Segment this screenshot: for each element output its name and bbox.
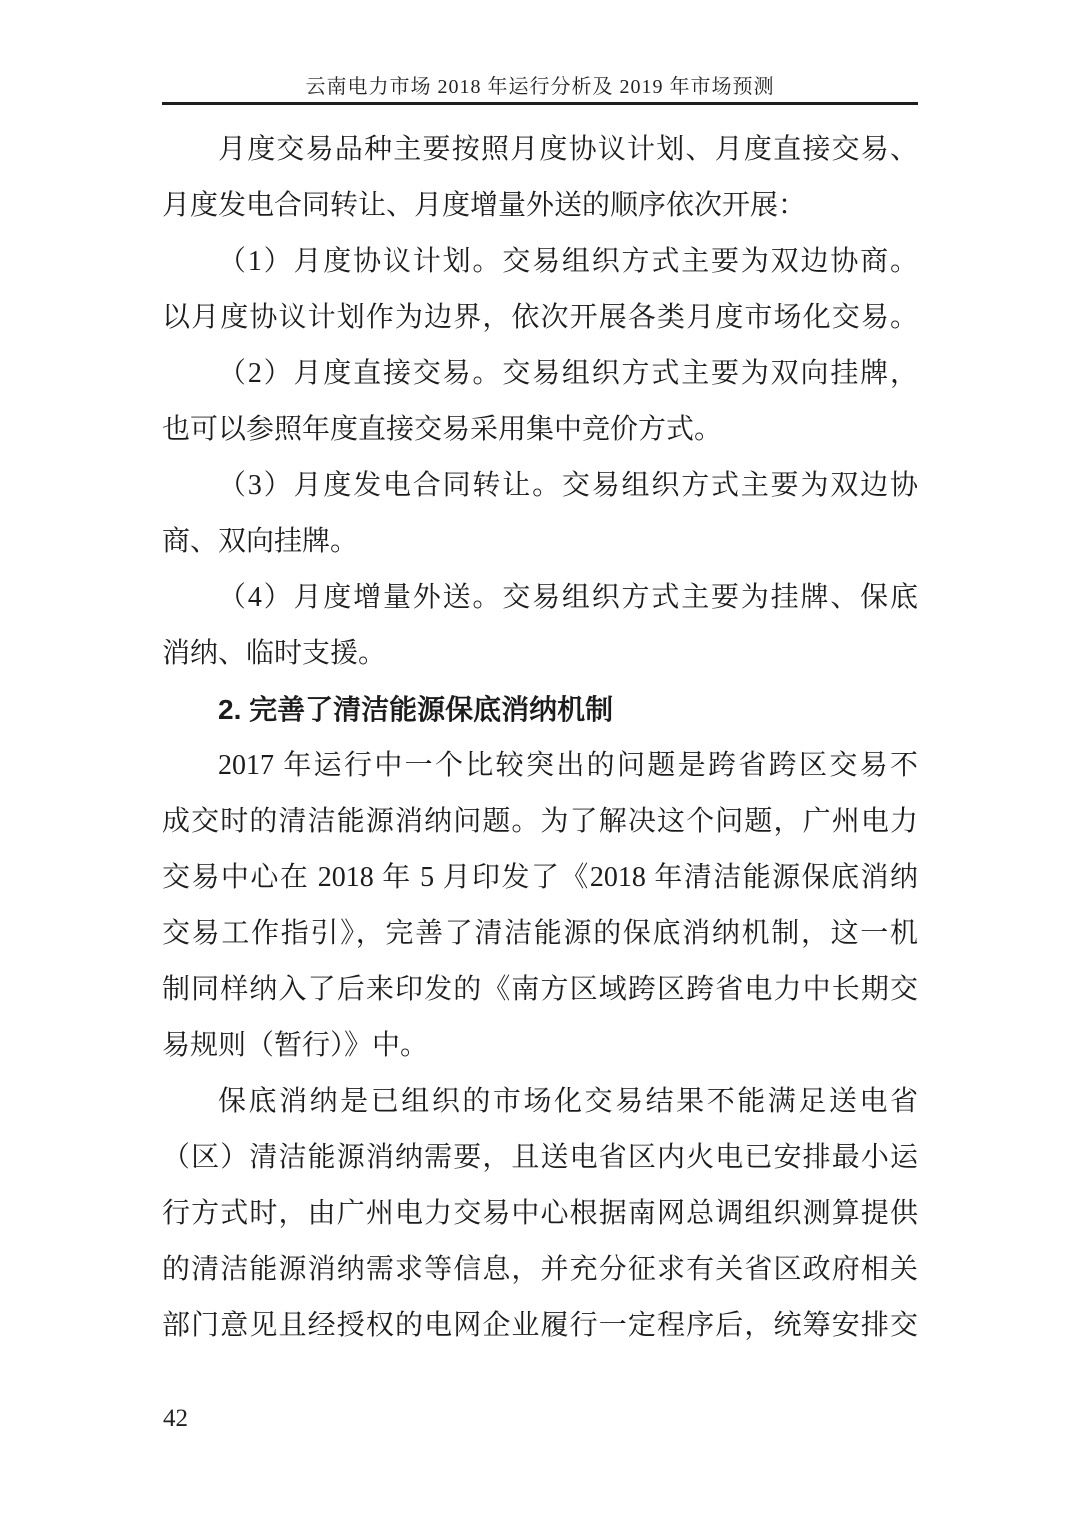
text-line: 易规则（暂行）》中。 <box>162 1018 918 1074</box>
text-line: 交易中心在 2018 年 5 月印发了《2018 年清洁能源保底消纳 <box>162 850 918 906</box>
paragraph: 月度交易品种主要按照月度协议计划、月度直接交易、 月度发电合同转让、月度增量外送… <box>162 122 918 234</box>
text-line: 制同样纳入了后来印发的《南方区域跨区跨省电力中长期交 <box>162 962 918 1018</box>
text-line: 商、双向挂牌。 <box>162 514 918 570</box>
text-line: 部门意见且经授权的电网企业履行一定程序后，统筹安排交 <box>162 1298 918 1354</box>
text-line: 的清洁能源消纳需求等信息，并充分征求有关省区政府相关 <box>162 1242 918 1298</box>
paragraph: （4）月度增量外送。交易组织方式主要为挂牌、保底 消纳、临时支援。 <box>162 570 918 682</box>
text-line: 也可以参照年度直接交易采用集中竞价方式。 <box>162 402 918 458</box>
text-line: 月度发电合同转让、月度增量外送的顺序依次开展： <box>162 178 918 234</box>
paragraph: （1）月度协议计划。交易组织方式主要为双边协商。 以月度协议计划作为边界，依次开… <box>162 234 918 346</box>
paragraph: 2. 完善了清洁能源保底消纳机制 <box>162 682 918 738</box>
document-body: 月度交易品种主要按照月度协议计划、月度直接交易、 月度发电合同转让、月度增量外送… <box>162 122 918 1354</box>
text-line: 以月度协议计划作为边界，依次开展各类月度市场化交易。 <box>162 290 918 346</box>
text-line: 2017 年运行中一个比较突出的问题是跨省跨区交易不 <box>162 738 918 794</box>
paragraph: （3）月度发电合同转让。交易组织方式主要为双边协 商、双向挂牌。 <box>162 458 918 570</box>
section-heading: 2. 完善了清洁能源保底消纳机制 <box>162 682 918 738</box>
text-line: 成交时的清洁能源消纳问题。为了解决这个问题，广州电力 <box>162 794 918 850</box>
header-rule <box>162 102 918 105</box>
text-line: （3）月度发电合同转让。交易组织方式主要为双边协 <box>162 458 918 514</box>
text-line: （1）月度协议计划。交易组织方式主要为双边协商。 <box>162 234 918 290</box>
running-header-title: 云南电力市场 2018 年运行分析及 2019 年市场预测 <box>0 75 1080 100</box>
document-page: 云南电力市场 2018 年运行分析及 2019 年市场预测 月度交易品种主要按照… <box>0 0 1080 1527</box>
text-line: （区）清洁能源消纳需要，且送电省区内火电已安排最小运 <box>162 1130 918 1186</box>
text-line: 月度交易品种主要按照月度协议计划、月度直接交易、 <box>162 122 918 178</box>
paragraph: （2）月度直接交易。交易组织方式主要为双向挂牌， 也可以参照年度直接交易采用集中… <box>162 346 918 458</box>
text-line: 消纳、临时支援。 <box>162 626 918 682</box>
text-line: （2）月度直接交易。交易组织方式主要为双向挂牌， <box>162 346 918 402</box>
text-line: 交易工作指引》，完善了清洁能源的保底消纳机制，这一机 <box>162 906 918 962</box>
paragraph: 2017 年运行中一个比较突出的问题是跨省跨区交易不 成交时的清洁能源消纳问题。… <box>162 738 918 1074</box>
paragraph: 保底消纳是已组织的市场化交易结果不能满足送电省 （区）清洁能源消纳需要，且送电省… <box>162 1074 918 1354</box>
page-number: 42 <box>163 1404 188 1434</box>
text-line: （4）月度增量外送。交易组织方式主要为挂牌、保底 <box>162 570 918 626</box>
text-line: 保底消纳是已组织的市场化交易结果不能满足送电省 <box>162 1074 918 1130</box>
text-line: 行方式时，由广州电力交易中心根据南网总调组织测算提供 <box>162 1186 918 1242</box>
